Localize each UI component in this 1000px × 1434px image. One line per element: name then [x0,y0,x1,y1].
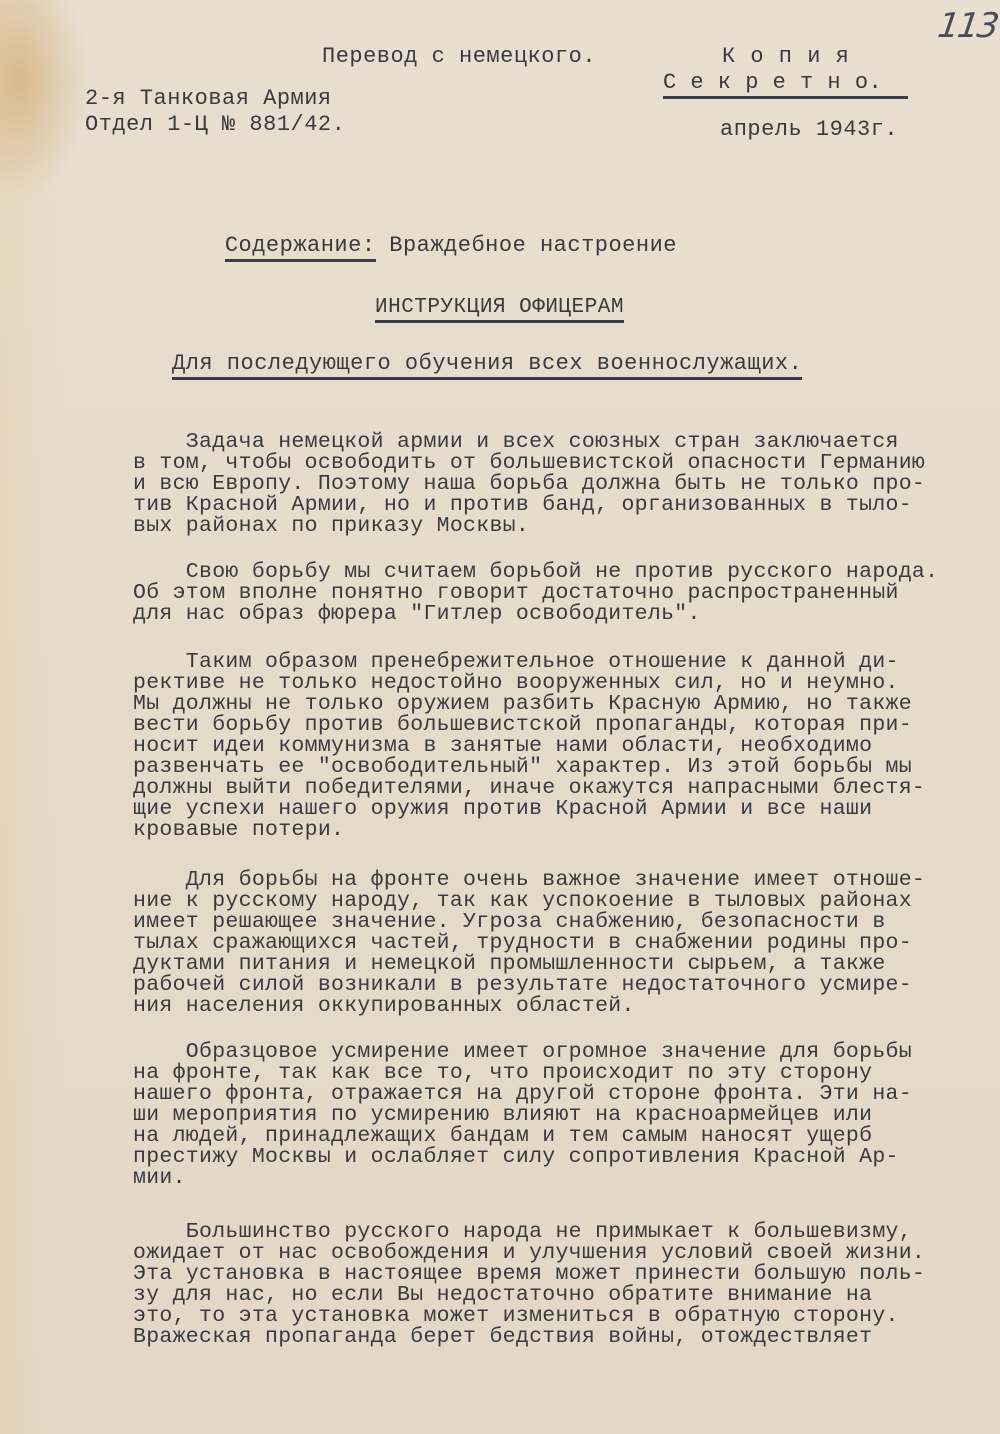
department-ref: Отдел 1-Ц № 881/42. [85,112,345,137]
text-line: Свою борьбу мы считаем борьбой не против… [133,562,993,583]
text-line: зу для нас, но если Вы недостаточно обра… [133,1285,993,1306]
text-line: мии. [133,1168,993,1189]
text-line: щие успехи нашего оружия против Красной … [133,799,993,820]
paragraph-6: Большинство русского народа не примыкает… [133,1222,993,1348]
page-number: 113 [935,6,1000,46]
text-line: Задача немецкой армии и всех союзных стр… [133,432,993,453]
text-line: рабочей силой возникали в результате нед… [133,975,993,996]
text-line: развенчать ее "освободительный" характер… [133,757,993,778]
text-line: Мы должны не только оружием разбить Крас… [133,694,993,715]
text-line: Образцовое усмирение имеет огромное знач… [133,1042,993,1063]
document-subtitle: Для последующего обучения всех военнослу… [172,351,802,380]
text-line: имеет решающее значение. Угроза снабжени… [133,912,993,933]
subject-line: Содержание: Враждебное настроение [170,208,677,283]
text-line: в том, чтобы освободить от большевистско… [133,453,993,474]
text-line: для нас образ фюрера "Гитлер освободител… [133,604,993,625]
text-line: ние к русскому народу, так как успокоени… [133,891,993,912]
text-line: на фронте, так как все то, что происходи… [133,1063,993,1084]
text-line: тив Красной Армии, но и против банд, орг… [133,495,993,516]
text-line: дуктами питания и немецкой промышленност… [133,954,993,975]
text-line: вых районах по приказу Москвы. [133,516,993,537]
paragraph-5: Образцовое усмирение имеет огромное знач… [133,1042,993,1189]
text-line: на людей, принадлежащих бандам и тем сам… [133,1126,993,1147]
text-line: нашего фронта, отражается на другой стор… [133,1084,993,1105]
text-line: Об этом вполне понятно говорит достаточн… [133,583,993,604]
translation-note: Перевод с немецкого. [322,44,596,69]
text-line: должны выйти победителями, иначе окажутс… [133,778,993,799]
text-line: ния населения оккупированных областей. [133,996,993,1017]
text-line: это, то эта установка может измениться в… [133,1306,993,1327]
paragraph-2: Свою борьбу мы считаем борьбой не против… [133,562,993,625]
text-line: кровавые потери. [133,820,993,841]
text-line: рективе не только недостойно вооруженных… [133,673,993,694]
text-line: Эта установка в настоящее время может пр… [133,1264,993,1285]
paragraph-1: Задача немецкой армии и всех союзных стр… [133,432,993,537]
text-line: ожидает от нас освобождения и улучшения … [133,1243,993,1264]
text-line: престижу Москвы и ослабляет силу сопроти… [133,1147,993,1168]
unit-name: 2-я Танковая Армия [85,86,332,111]
paragraph-3: Таким образом пренебрежительное отношени… [133,652,993,841]
document-title: ИНСТРУКЦИЯ ОФИЦЕРАМ [375,296,624,323]
document-date: апрель 1943г. [720,117,898,142]
document-page: 113 Перевод с немецкого. К о п и я С е к… [0,0,1000,1434]
text-line: вести борьбу против большевистской пропа… [133,715,993,736]
text-line: Таким образом пренебрежительное отношени… [133,652,993,673]
text-line: носит идеи коммунизма в занятые нами обл… [133,736,993,757]
copy-label: К о п и я [722,44,850,69]
secret-label: С е к р е т н о. [663,70,908,99]
text-line: тылах сражающихся частей, трудности в сн… [133,933,993,954]
text-line: Большинство русского народа не примыкает… [133,1222,993,1243]
subject-value: Враждебное настроение [389,233,677,258]
subject-label: Содержание: [225,233,376,262]
paragraph-4: Для борьбы на фронте очень важное значен… [133,870,993,1017]
text-line: ши мероприятия по усмирению влияют на кр… [133,1105,993,1126]
text-line: Для борьбы на фронте очень важное значен… [133,870,993,891]
text-line: Вражеская пропаганда берет бедствия войн… [133,1327,993,1348]
text-line: и всю Европу. Поэтому наша борьба должна… [133,474,993,495]
